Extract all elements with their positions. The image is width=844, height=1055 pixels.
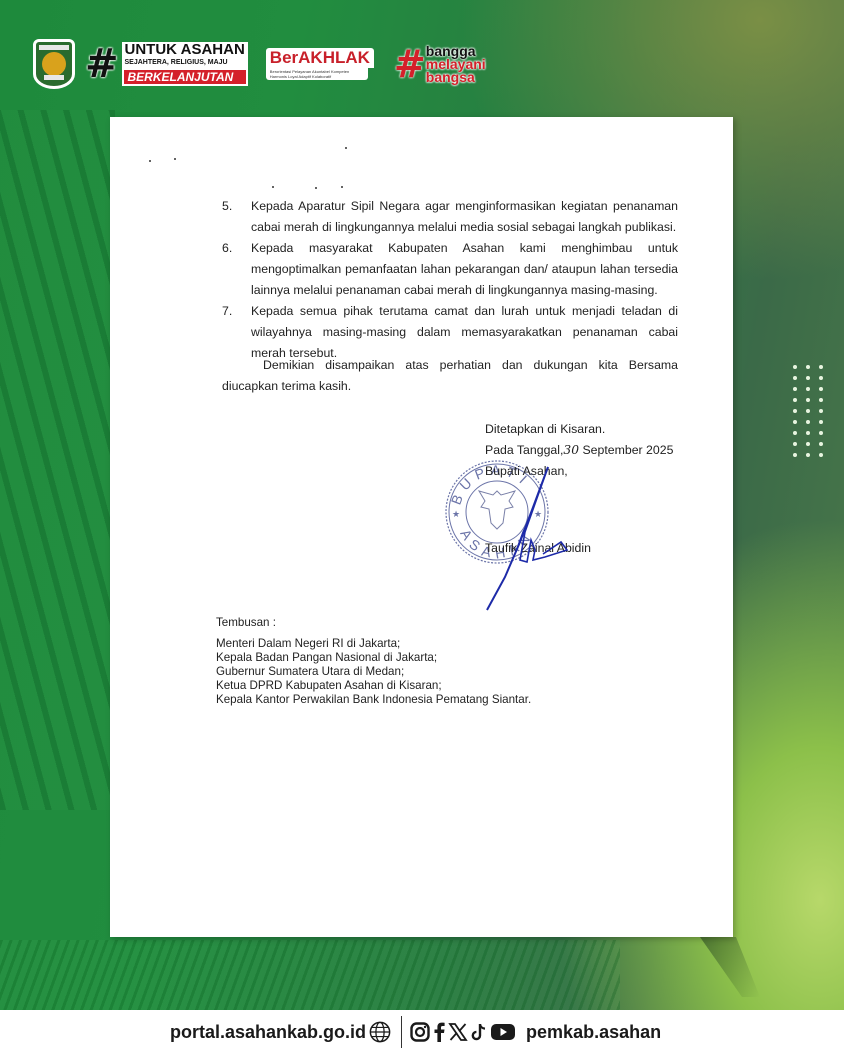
header-logos: # UNTUK ASAHAN SEJAHTERA, RELIGIUS, MAJU…: [33, 38, 486, 90]
dot: [793, 376, 797, 380]
dot: [793, 442, 797, 446]
dot-grid-decoration: [793, 365, 825, 457]
dot: [806, 442, 810, 446]
dot: [806, 398, 810, 402]
dot: [806, 376, 810, 380]
globe-icon: [369, 1021, 391, 1043]
dot: [806, 420, 810, 424]
berakhlak-logo: BerAKHLAK Berorientasi Pelayanan Akuntab…: [266, 48, 374, 80]
list-item: 6. Kepada masyarakat Kabupaten Asahan ka…: [222, 238, 678, 301]
dot: [793, 453, 797, 457]
dot: [793, 420, 797, 424]
dot: [819, 365, 823, 369]
cc-recipient: Gubernur Sumatera Utara di Medan;: [216, 665, 531, 679]
untuk-asahan-subtitle: SEJAHTERA, RELIGIUS, MAJU: [122, 58, 248, 68]
berakhlak-subtitle: Berorientasi Pelayanan Akuntabel Kompete…: [266, 68, 368, 80]
untuk-asahan-logo: # UNTUK ASAHAN SEJAHTERA, RELIGIUS, MAJU…: [85, 42, 248, 86]
social-icons: [410, 1022, 516, 1042]
dot: [793, 387, 797, 391]
cc-recipient: Ketua DPRD Kabupaten Asahan di Kisaran;: [216, 679, 531, 693]
dot: [819, 420, 823, 424]
untuk-asahan-badge: BERKELANJUTAN: [122, 68, 248, 86]
list-item: 5. Kepada Aparatur Sipil Negara agar men…: [222, 196, 678, 238]
carbon-copy-section: Tembusan : Menteri Dalam Negeri RI di Ja…: [216, 616, 531, 707]
website-link[interactable]: portal.asahankab.go.id: [170, 1022, 366, 1043]
dot: [819, 376, 823, 380]
footer: portal.asahankab.go.id: [0, 1010, 844, 1055]
dot: [819, 387, 823, 391]
dot: [793, 409, 797, 413]
instagram-icon[interactable]: [410, 1022, 430, 1042]
youtube-icon[interactable]: [490, 1022, 516, 1042]
dot: [793, 398, 797, 402]
cc-recipient: Menteri Dalam Negeri RI di Jakarta;: [216, 637, 531, 651]
bangsa-word: bangsa: [426, 71, 486, 84]
letter-document: 5. Kepada Aparatur Sipil Negara agar men…: [110, 117, 733, 937]
dot: [793, 431, 797, 435]
dot: [819, 398, 823, 402]
chili-plant-background: [0, 110, 115, 810]
instruction-list: 5. Kepada Aparatur Sipil Negara agar men…: [222, 196, 678, 364]
handwritten-day: 30: [563, 443, 579, 457]
footer-divider: [401, 1016, 402, 1048]
svg-text:★: ★: [452, 509, 460, 519]
facebook-icon[interactable]: [433, 1022, 445, 1042]
item-text: Kepada Aparatur Sipil Negara agar mengin…: [251, 196, 678, 238]
untuk-asahan-title: UNTUK ASAHAN: [122, 42, 248, 58]
berakhlak-title: BerAKHLAK: [266, 48, 374, 68]
dot: [819, 431, 823, 435]
dot: [793, 365, 797, 369]
dot: [819, 453, 823, 457]
closing-paragraph: Demikian disampaikan atas perhatian dan …: [222, 355, 678, 397]
dot: [806, 387, 810, 391]
signature-date: Pada Tanggal,30 September 2025: [485, 440, 673, 461]
dot: [806, 453, 810, 457]
hashtag-icon: #: [394, 45, 426, 83]
dot: [819, 409, 823, 413]
cc-title: Tembusan :: [216, 616, 531, 630]
x-icon[interactable]: [448, 1022, 468, 1042]
dot: [819, 442, 823, 446]
signature-place: Ditetapkan di Kisaran.: [485, 419, 673, 440]
cc-recipient: Kepala Badan Pangan Nasional di Jakarta;: [216, 651, 531, 665]
handwritten-signature-icon: [465, 462, 575, 612]
item-number: 6.: [222, 238, 251, 301]
item-number: 5.: [222, 196, 251, 238]
bangga-melayani-bangsa-logo: # bangga melayani bangsa: [394, 45, 486, 84]
dot: [806, 409, 810, 413]
cc-recipient: Kepala Kantor Perwakilan Bank Indonesia …: [216, 693, 531, 707]
grass-background: [0, 940, 620, 1010]
hashtag-icon: #: [85, 44, 119, 84]
dot: [806, 431, 810, 435]
dot: [806, 365, 810, 369]
kabupaten-asahan-emblem: [33, 39, 75, 89]
social-handle[interactable]: pemkab.asahan: [526, 1022, 661, 1043]
tiktok-icon[interactable]: [471, 1022, 487, 1042]
item-text: Kepada masyarakat Kabupaten Asahan kami …: [251, 238, 678, 301]
